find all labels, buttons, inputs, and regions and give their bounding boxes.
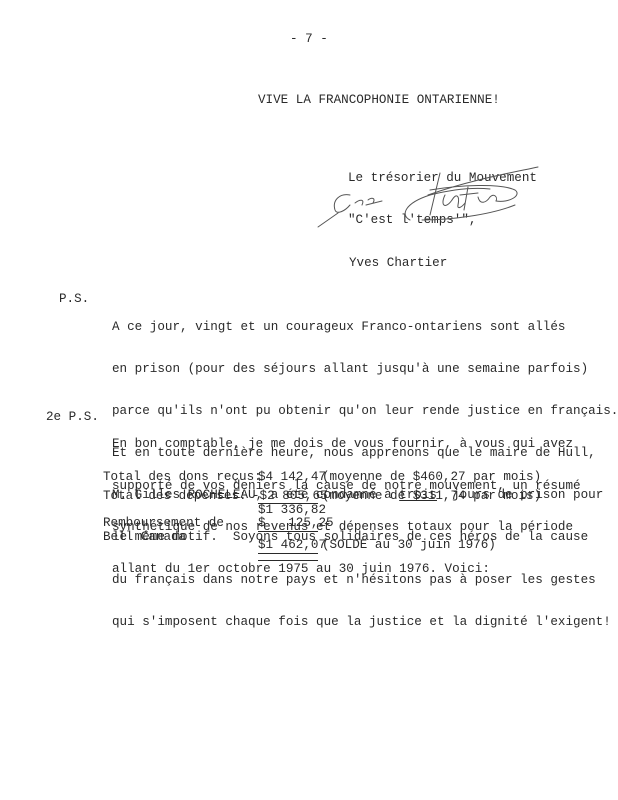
page-number: - 7 -	[290, 32, 328, 46]
balance-note: (SOLDE au 30 juin 1976)	[322, 538, 496, 552]
refund-label: Remboursement de	[103, 516, 224, 530]
expenses-amount: -$2 805,65	[252, 489, 318, 503]
ps2-line: allant du 1er octobre 1975 au 30 juin 19…	[112, 563, 581, 577]
balance-amount: $1 462,07	[258, 538, 318, 552]
signer-name: Yves Chartier	[349, 256, 447, 270]
ps-line: qui s'imposent chaque fois que la justic…	[112, 615, 618, 629]
subtotal-amount: $1 336,82	[258, 503, 318, 517]
refund-label-cont: Bell Canada	[103, 530, 186, 544]
ps-line: A ce jour, vingt et un courageux Franco-…	[112, 320, 618, 334]
balance-underline	[258, 553, 318, 554]
ps2-label: 2e P.S.	[46, 410, 99, 424]
refund-amount: $ 125,25	[258, 516, 318, 530]
signature-icon	[310, 165, 540, 230]
expenses-label: Total des dépenses:	[103, 489, 247, 503]
donations-note: (moyenne de $460,27 par mois)	[322, 470, 541, 484]
donations-label: Total des dons reçus:	[103, 470, 262, 484]
expenses-note: (moyenne de $311,74 par mois)	[322, 489, 541, 503]
motto-heading: VIVE LA FRANCOPHONIE ONTARIENNE!	[258, 93, 500, 107]
ps2-line: En bon comptable, je me dois de vous fou…	[112, 438, 581, 452]
total-rule	[258, 531, 318, 532]
donations-amount: $4 142,47	[258, 470, 318, 484]
ps-line: en prison (pour des séjours allant jusqu…	[112, 362, 618, 376]
ps-label: P.S.	[59, 292, 89, 306]
balance-double-underline	[258, 560, 318, 561]
